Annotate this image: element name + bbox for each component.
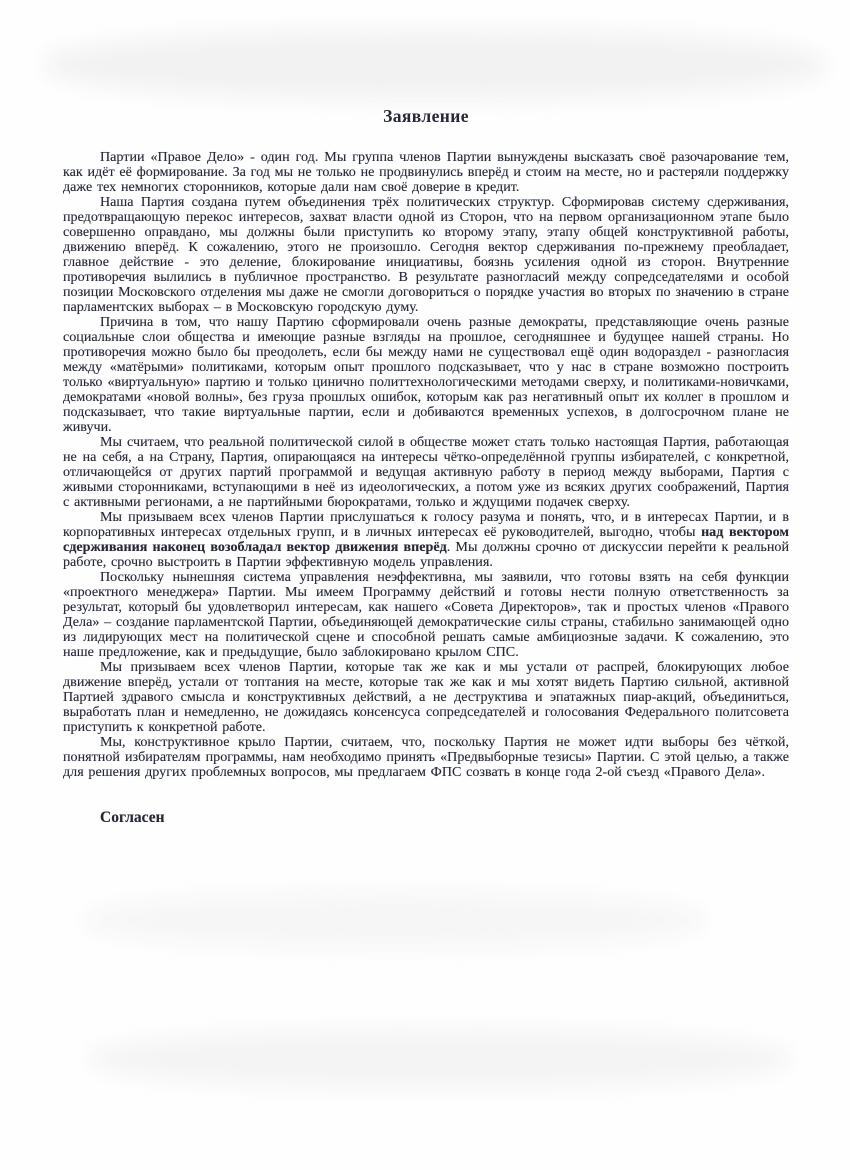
paragraph-with-emphasis: Мы призываем всех членов Партии прислуша… xyxy=(63,510,789,570)
scan-artifact xyxy=(85,893,705,948)
document-content: Заявление Партии «Правое Дело» - один го… xyxy=(63,106,789,827)
paragraph: Наша Партия создана путем объединения тр… xyxy=(63,195,789,315)
paragraph: Мы, конструктивное крыло Партии, считаем… xyxy=(63,735,789,780)
document-title: Заявление xyxy=(63,106,789,127)
paragraph: Мы считаем, что реальной политической си… xyxy=(63,435,789,510)
paragraph-text: Мы призываем всех членов Партии прислуша… xyxy=(63,509,789,540)
scan-artifact xyxy=(90,1030,790,1088)
scan-artifact xyxy=(45,30,825,100)
paragraph: Партии «Правое Дело» - один год. Мы груп… xyxy=(63,150,789,195)
signature-line: Согласен xyxy=(100,809,789,827)
paragraph: Мы призываем всех членов Партии, которые… xyxy=(63,660,789,735)
paragraph: Поскольку нынешняя система управления не… xyxy=(63,570,789,660)
paragraph: Причина в том, что нашу Партию сформиров… xyxy=(63,315,789,435)
scanned-document-page: Заявление Партии «Правое Дело» - один го… xyxy=(0,0,850,1170)
